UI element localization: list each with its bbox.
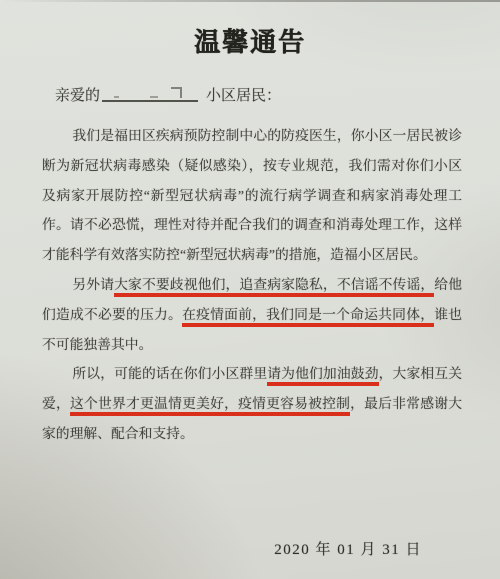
salutation-prefix: 亲爱的 (55, 88, 100, 104)
body-text: 我们是福田区疾病预防控制中心的防疫医生，你小区一居民被诊 (72, 128, 462, 143)
red-underlined-text: 大家不要歧视他们，追查病家隐私，不信谣不传谣， (114, 277, 434, 297)
red-underlined-text: 这个世界才更温情更美好，疫情更容易被控制 (70, 396, 350, 416)
red-underlined-text: 在疫情面前，我们同是一个命运共同体， (182, 307, 434, 327)
text-line: 及病家开展防控“新型冠状病毒”的流行病学调查和病家消毒处理工 (42, 181, 462, 211)
paragraph: 另外请大家不要歧视他们，追查病家隐私，不信谣不传谣，给他们造成不必要的压力。在疫… (42, 270, 462, 359)
redaction-smudge (150, 96, 158, 98)
notice-document: 温馨通告 亲爱的小区居民： 我们是福田区疾病预防控制中心的防疫医生，你小区一居民… (0, 0, 500, 579)
text-line: 断为新冠状病毒感染（疑似感染），按专业规范，我们需对你们小区 (42, 151, 462, 181)
body-text: 所以，可能的话在你们小区群里 (72, 366, 267, 381)
body-text: 才能科学有效落实防控“新型冠状病毒”的措施，造福小区居民。 (42, 247, 427, 262)
body-text: 爱， (42, 396, 70, 411)
date-line: 2020 年 01 月 31 日 (274, 538, 422, 559)
text-line: 所以，可能的话在你们小区群里请为他们加油鼓劲，大家相互关 (42, 359, 462, 389)
salutation-suffix: 小区居民： (206, 88, 281, 104)
redaction-smudge (114, 96, 119, 98)
body-text: 作。请不必恐慌，理性对待并配合我们的调查和消毒处理工作，这样 (42, 217, 462, 232)
body-text: 断为新冠状病毒感染（疑似感染），按专业规范，我们需对你们小区 (42, 158, 462, 173)
text-line: 不可能独善其中。 (42, 330, 462, 360)
photo-edge-shadow (0, 0, 500, 2)
red-underlined-text: 请为他们加油鼓劲 (267, 366, 378, 386)
notice-title: 温馨通告 (0, 0, 500, 59)
text-line: 另外请大家不要歧视他们，追查病家隐私，不信谣不传谣，给他 (42, 270, 462, 300)
body-text: 谁也 (434, 307, 462, 322)
redaction-mark (171, 87, 182, 98)
body-text: ，最后非常感谢大 (350, 396, 462, 411)
salutation-line: 亲爱的小区居民： (55, 85, 460, 106)
body-text: 家的理解、配合和支持。 (42, 426, 194, 441)
text-line: 作。请不必恐慌，理性对待并配合我们的调查和消毒处理工作，这样 (42, 210, 462, 240)
text-line: 家的理解、配合和支持。 (42, 419, 462, 449)
redacted-name-blank (102, 85, 198, 102)
paragraph: 所以，可能的话在你们小区群里请为他们加油鼓劲，大家相互关爱，这个世界才更温情更美… (42, 359, 462, 448)
text-line: 我们是福田区疾病预防控制中心的防疫医生，你小区一居民被诊 (42, 121, 462, 151)
body-text: 不可能独善其中。 (42, 337, 152, 352)
text-line: 才能科学有效落实防控“新型冠状病毒”的措施，造福小区居民。 (42, 240, 462, 270)
text-line: 们造成不必要的压力。在疫情面前，我们同是一个命运共同体，谁也 (42, 300, 462, 330)
paragraph: 我们是福田区疾病预防控制中心的防疫医生，你小区一居民被诊断为新冠状病毒感染（疑似… (42, 121, 462, 270)
document-body: 我们是福田区疾病预防控制中心的防疫医生，你小区一居民被诊断为新冠状病毒感染（疑似… (42, 121, 462, 449)
body-text: 及病家开展防控“新型冠状病毒”的流行病学调查和病家消毒处理工 (42, 188, 462, 203)
body-text: 给他 (434, 277, 462, 292)
body-text: ，大家相互关 (379, 366, 462, 381)
body-text: 另外请 (72, 277, 114, 292)
text-line: 爱，这个世界才更温情更美好，疫情更容易被控制，最后非常感谢大 (42, 389, 462, 419)
body-text: 们造成不必要的压力。 (42, 307, 182, 322)
